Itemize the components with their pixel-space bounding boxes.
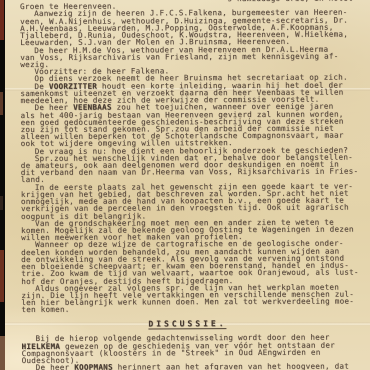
edge-stain [0, 92, 3, 115]
document-line: De heer KOOPMANS herinnert aan het afgra… [22, 363, 364, 370]
edge-stain [0, 196, 3, 210]
scan-edge [0, 0, 5, 370]
document-text: 's namiddags drie, in hotelGroen te Heer… [20, 0, 364, 370]
emphasized-text: DISCUSSIE. [148, 319, 226, 330]
edge-stain [0, 250, 4, 302]
emphasized-text: KOOPMANS [74, 363, 113, 370]
text-run: dit verband den naam van Dr.Heerma van V… [21, 167, 359, 177]
text-run: De heer [36, 363, 75, 370]
text-run: ten komen. [21, 305, 69, 314]
text-run: van Voss, Rijksarchivaris van Friesland,… [20, 51, 338, 61]
document-line: dit verband den naam van Dr.Heerma van V… [21, 168, 363, 177]
text-run [21, 327, 26, 336]
text-run: herinnert aan het afgraven van het hoogv… [113, 362, 349, 370]
text-run: len hier belangrijk werk kunnen doen. Me… [21, 297, 354, 307]
document-line: len hier belangrijk werk kunnen doen. Me… [21, 298, 363, 307]
edge-stain [0, 0, 4, 40]
document-scan: 's namiddags drie, in hotelGroen te Heer… [0, 0, 370, 370]
document-line: van Voss, Rijksarchivaris van Friesland,… [20, 52, 362, 61]
text-run [21, 313, 26, 322]
edge-stain [0, 336, 5, 370]
